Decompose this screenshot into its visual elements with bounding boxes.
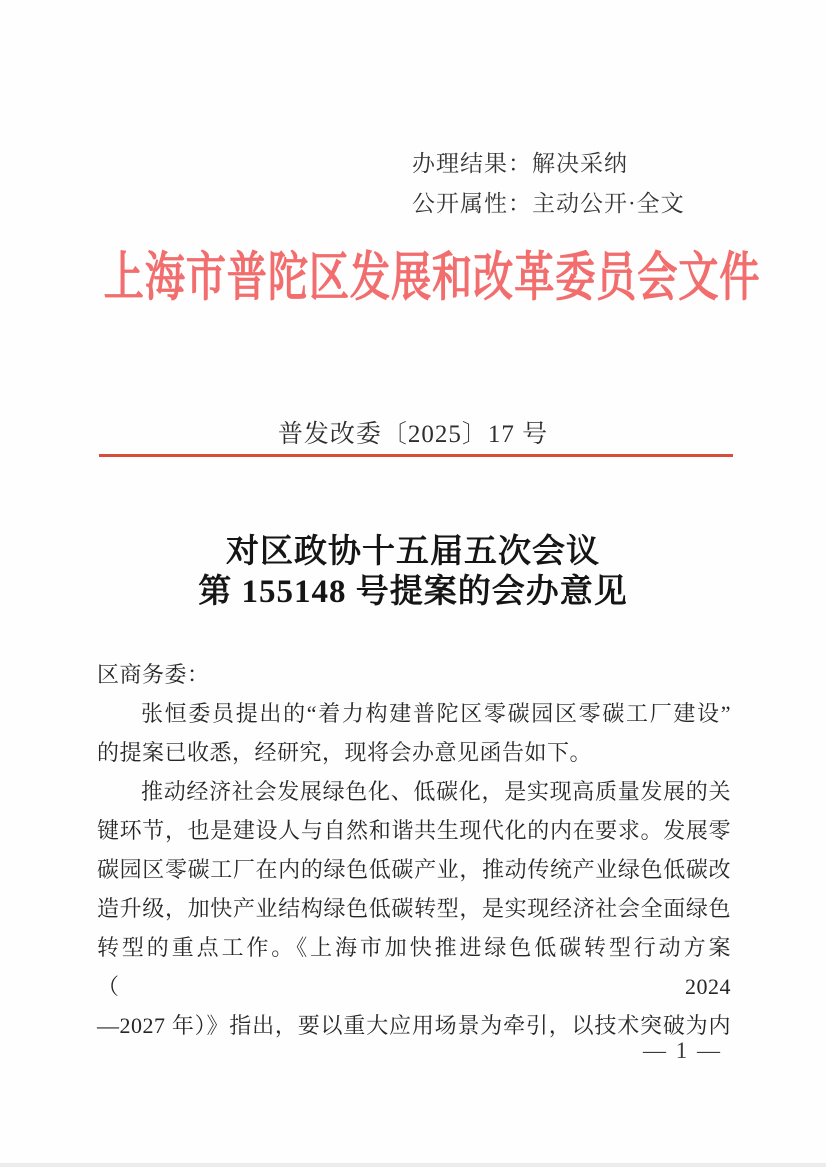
body-line: 的提案已收悉，经研究，现将会办意见函告如下。 <box>97 733 731 772</box>
header-annotations: 办理结果：解决采纳 公开属性：主动公开·全文 <box>412 144 685 224</box>
salutation: 区商务委： <box>97 655 731 694</box>
red-separator-rule <box>99 454 733 457</box>
document-title-line-1: 对区政协十五届五次会议 <box>0 532 826 572</box>
publicity-attribute-label: 公开属性： <box>412 191 532 216</box>
body-line: 键环节，也是建设人与自然和谐共生现代化的内在要求。发展零 <box>97 811 731 850</box>
processing-result-value: 解决采纳 <box>532 151 628 176</box>
page-number: — 1 — <box>643 1038 722 1064</box>
scan-bottom-shadow <box>0 1163 826 1167</box>
agency-banner-text: 上海市普陀区发展和改革委员会文件 <box>104 248 761 308</box>
body-line: 张恒委员提出的“着力构建普陀区零碳园区零碳工厂建设” <box>97 694 731 733</box>
body-line: 造升级，加快产业结构绿色低碳转型，是实现经济社会全面绿色 <box>97 889 731 928</box>
body-line: —2027 年）》指出，要以重大应用场景为牵引，以技术突破为内 <box>97 1006 731 1045</box>
agency-banner: 上海市普陀区发展和改革委员会文件 <box>0 248 826 321</box>
document-number: 普发改委〔2025〕17 号 <box>0 420 826 450</box>
document-title-line-2: 第 155148 号提案的会办意见 <box>0 572 826 612</box>
scanned-document-page: 办理结果：解决采纳 公开属性：主动公开·全文 上海市普陀区发展和改革委员会文件 … <box>0 0 826 1169</box>
body-line: 碳园区零碳工厂在内的绿色低碳产业，推动传统产业绿色低碳改 <box>97 850 731 889</box>
body-line: 转型的重点工作。《上海市加快推进绿色低碳转型行动方案（2024 <box>97 928 731 1006</box>
document-title: 对区政协十五届五次会议 第 155148 号提案的会办意见 <box>0 532 826 612</box>
body-line: 推动经济社会发展绿色化、低碳化，是实现高质量发展的关 <box>97 772 731 811</box>
processing-result-label: 办理结果： <box>412 151 532 176</box>
publicity-attribute-line: 公开属性：主动公开·全文 <box>412 184 685 224</box>
processing-result-line: 办理结果：解决采纳 <box>412 144 685 184</box>
publicity-attribute-value: 主动公开·全文 <box>532 191 685 216</box>
body-text: 区商务委： 张恒委员提出的“着力构建普陀区零碳园区零碳工厂建设” 的提案已收悉，… <box>97 655 731 1045</box>
